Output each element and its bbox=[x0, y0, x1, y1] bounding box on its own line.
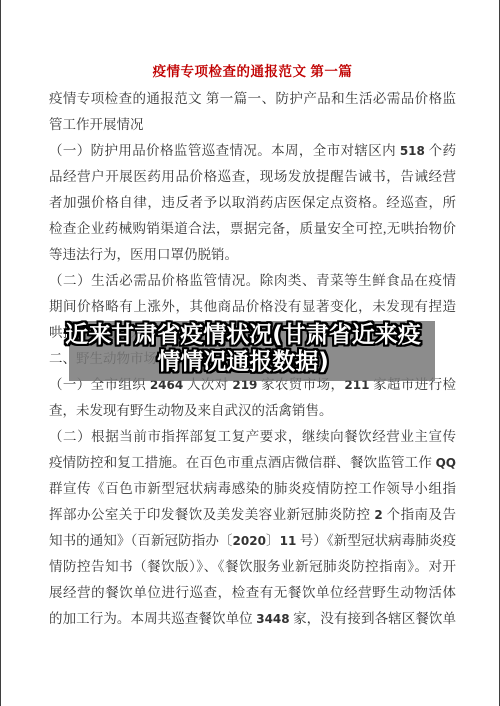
paragraph: 疫情专项检查的通报范文 第一篇一、防护产品和生活必需品价格监管工作开展情况 bbox=[49, 86, 456, 138]
doc-line: 管工作开展情况 bbox=[49, 112, 456, 138]
doc-line: （一）防护用品价格监管巡查情况。本周，全市对辖区内 518 个药 bbox=[49, 138, 456, 164]
doc-line: 品经营户开展医药用品价格巡查，现场发放提醒告诫书，告诫经营 bbox=[49, 164, 456, 190]
doc-line: 疫情防控和复工措施。在百色市重点酒店微信群、餐饮监管工作 QQ bbox=[49, 450, 456, 476]
doc-line: 知书的通知》（百新冠防指办〔2020〕11 号）《新型冠状病毒肺炎疫 bbox=[49, 528, 456, 554]
paragraph: （一）防护用品价格监管巡查情况。本周，全市对辖区内 518 个药品经营户开展医药… bbox=[49, 138, 456, 268]
doc-line: 群宣传《百色市新型冠状病毒感染的肺炎疫情防控工作领导小组指 bbox=[49, 476, 456, 502]
overlay-title-line: 情情况通报数据) bbox=[1, 349, 485, 376]
document-page: 疫情专项检查的通报范文 第一篇 疫情专项检查的通报范文 第一篇一、防护产品和生活… bbox=[0, 0, 500, 706]
doc-line: 查，未发现有野生动物及来自武汉的活禽销售。 bbox=[49, 398, 456, 424]
doc-line: 展经营的餐饮单位进行巡查，检查有无餐饮单位经营野生动物活体 bbox=[49, 580, 456, 606]
document-title: 疫情专项检查的通报范文 第一篇 bbox=[49, 64, 456, 80]
doc-line: 等违法行为，医用口罩仍脱销。 bbox=[49, 242, 456, 268]
doc-line: （二）生活必需品价格监管情况。除肉类、青菜等生鲜食品在疫情 bbox=[49, 268, 456, 294]
doc-line: 疫情专项检查的通报范文 第一篇一、防护产品和生活必需品价格监 bbox=[49, 86, 456, 112]
doc-line: 情防控告知书（餐饮版）》、《餐饮服务业新冠肺炎防控指南》。对开 bbox=[49, 554, 456, 580]
doc-line: 挥部办公室关于印发餐饮及美发美容业新冠肺炎防控 2 个指南及告 bbox=[49, 502, 456, 528]
doc-line: 的加工行为。本周共巡查餐饮单位 3448 家，没有接到各辖区餐饮单 bbox=[49, 606, 456, 632]
overlay-title-line: 近来甘肃省疫情状况(甘肃省近来疫 bbox=[1, 322, 485, 349]
overlay-title: 近来甘肃省疫情状况(甘肃省近来疫情情况通报数据) bbox=[1, 322, 485, 376]
doc-line: 者加强价格自律，违反者予以取消药店医保定点资格。经巡查，所 bbox=[49, 190, 456, 216]
doc-line: （二）根据当前市指挥部复工复产要求，继续向餐饮经营业主宣传 bbox=[49, 424, 456, 450]
doc-line: 检查企业药械购销渠道合法，票据完备，质量安全可控,无哄抬物价 bbox=[49, 216, 456, 242]
doc-line: 期间价格略有上涨外，其他商品价格没有显著变化，未发现有捏造 bbox=[49, 294, 456, 320]
paragraph: （二）根据当前市指挥部复工复产要求，继续向餐饮经营业主宣传疫情防控和复工措施。在… bbox=[49, 424, 456, 632]
